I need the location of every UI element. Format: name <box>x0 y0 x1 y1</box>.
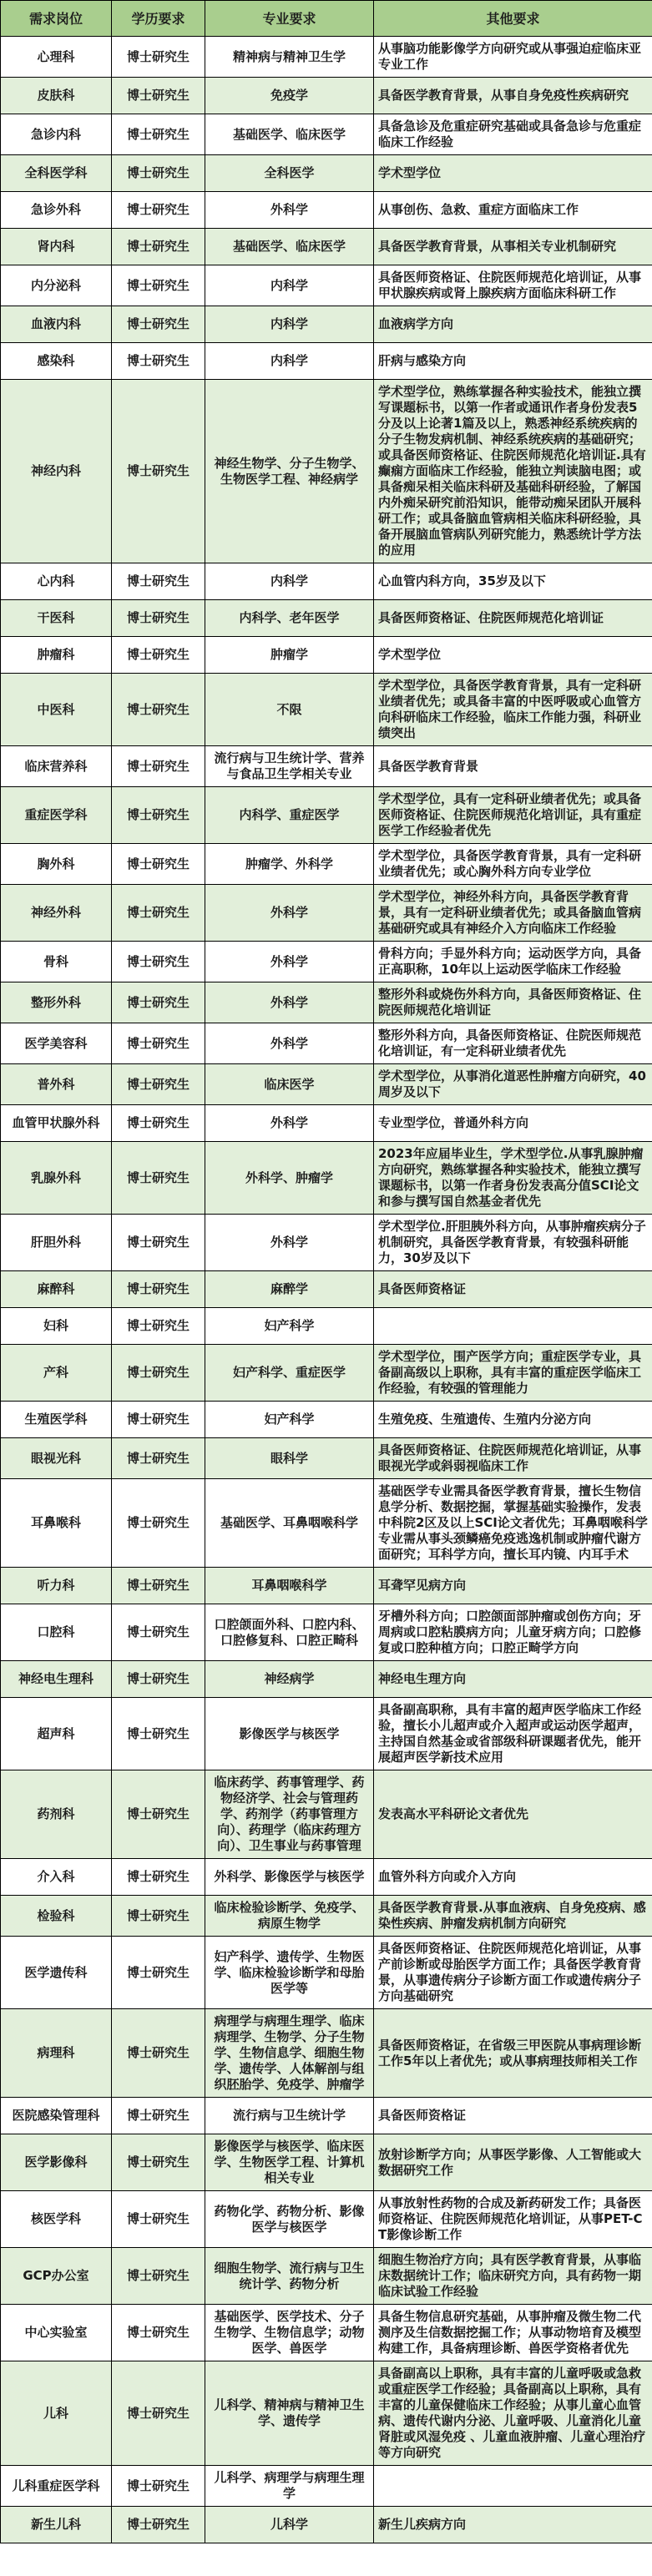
table-row: 急诊内科博士研究生基础医学、临床医学具备急诊及危重症研究基础或具备急诊与危重症临… <box>1 114 652 155</box>
cell-other: 基础医学专业需具备医学教育背景，擅长生物信息学分析、数据挖掘，掌握基础实验操作，… <box>374 1479 652 1568</box>
table-row: 介入科博士研究生外科学、影像医学与核医学血管外科方向或介入方向 <box>1 1859 652 1896</box>
cell-other: 学术型学位 <box>374 155 652 192</box>
cell-education: 博士研究生 <box>112 2305 205 2361</box>
cell-position: 妇科 <box>1 1308 112 1345</box>
table-row: 听力科博士研究生耳鼻咽喉科学耳聋罕见病方向 <box>1 1568 652 1604</box>
cell-major: 内科学、重症医学 <box>205 787 374 844</box>
cell-other: 血液病学方向 <box>374 306 652 343</box>
cell-position: 医学美容科 <box>1 1023 112 1064</box>
cell-education: 博士研究生 <box>112 37 205 78</box>
cell-major: 外科学 <box>205 1215 374 1271</box>
cell-major: 外科学 <box>205 885 374 942</box>
cell-position: 整形外科 <box>1 982 112 1023</box>
table-row: 医院感染管理科博士研究生流行病与卫生统计学具备医师资格证 <box>1 2098 652 2134</box>
table-row: 神经内科博士研究生神经生物学、分子生物学、生物医学工程、神经病学学术型学位，熟练… <box>1 380 652 563</box>
cell-education: 博士研究生 <box>112 2466 205 2507</box>
cell-major: 影像医学与核医学 <box>205 1698 374 1770</box>
cell-other: 具备医学教育背景.从事血液病、自身免疫病、感染性疾病、肿瘤发病机制方向研究 <box>374 1896 652 1937</box>
table-row: 血液内科博士研究生内科学血液病学方向 <box>1 306 652 343</box>
table-row: 新生儿科博士研究生儿科学新生儿疾病方向 <box>1 2507 652 2543</box>
cell-other: 学术型学位 <box>374 637 652 674</box>
table-row: 整形外科博士研究生外科学整形外科或烧伤外科方向，具备医师资格证、住院医师规范化培… <box>1 982 652 1023</box>
cell-position: 耳鼻喉科 <box>1 1479 112 1568</box>
table-row: 医学遗传科博士研究生妇产科学、遗传学、生物医学、临床检验诊断学和母胎医学等具备医… <box>1 1937 652 2009</box>
cell-position: 眼视光科 <box>1 1438 112 1479</box>
table-row: 感染科博士研究生内科学肝病与感染方向 <box>1 343 652 380</box>
cell-major: 神经病学 <box>205 1661 374 1698</box>
cell-position: 中医科 <box>1 674 112 746</box>
table-row: 血管甲状腺外科博士研究生外科学专业型学位，普通外科方向 <box>1 1105 652 1142</box>
cell-other: 从事创伤、急救、重症方面临床工作 <box>374 192 652 229</box>
cell-major: 流行病与卫生统计学、营养与食品卫生学相关专业 <box>205 746 374 787</box>
cell-major: 外科学、影像医学与核医学 <box>205 1859 374 1896</box>
cell-major: 妇产科学 <box>205 1402 374 1438</box>
cell-major: 细胞生物学、流行病与卫生统计学、药物分析 <box>205 2248 374 2305</box>
cell-education: 博士研究生 <box>112 600 205 637</box>
cell-major: 内科学 <box>205 563 374 600</box>
cell-other: 从事脑功能影像学方向研究或从事强迫症临床亚专业工作 <box>374 37 652 78</box>
cell-position: 生殖医学科 <box>1 1402 112 1438</box>
cell-education: 博士研究生 <box>112 1271 205 1308</box>
table-row: 急诊外科博士研究生外科学从事创伤、急救、重症方面临床工作 <box>1 192 652 229</box>
cell-other: 具备医师资格证 <box>374 2098 652 2134</box>
cell-position: 感染科 <box>1 343 112 380</box>
cell-other: 心血管内科方向，35岁及以下 <box>374 563 652 600</box>
cell-position: 骨科 <box>1 942 112 982</box>
table-row: 心内科博士研究生内科学心血管内科方向，35岁及以下 <box>1 563 652 600</box>
cell-major: 儿科学、精神病与精神卫生学、遗传学 <box>205 2361 374 2466</box>
cell-other: 学术型学位，具有一定科研业绩者优先；或具备医师资格证、住院医师规范化培训证，具有… <box>374 787 652 844</box>
cell-education: 博士研究生 <box>112 2009 205 2098</box>
cell-other <box>374 2466 652 2507</box>
cell-education: 博士研究生 <box>112 380 205 563</box>
cell-major: 神经生物学、分子生物学、生物医学工程、神经病学 <box>205 380 374 563</box>
table-row: 病理科博士研究生病理学与病理生理学、临床病理学、生物学、分子生物学、生物信息学、… <box>1 2009 652 2098</box>
cell-education: 博士研究生 <box>112 265 205 306</box>
table-row: 骨科博士研究生外科学骨科方向；手显外科方向；运动医学方向，具备正高职称，10年以… <box>1 942 652 982</box>
cell-major: 口腔颌面外科、口腔内科、口腔修复科、口腔正畸科 <box>205 1604 374 1661</box>
recruitment-table: 需求岗位学历要求专业要求其他要求 心理科博士研究生精神病与精神卫生学从事脑功能影… <box>0 0 652 2543</box>
cell-major: 流行病与卫生统计学 <box>205 2098 374 2134</box>
cell-other: 具备医学教育背景，从事自身免疫性疾病研究 <box>374 78 652 114</box>
cell-other: 具备医学教育背景，从事相关专业机制研究 <box>374 229 652 265</box>
cell-other: 具备副高以上职称，具有丰富的儿童呼吸或急救或重症医学工作经验；具备副高以上职称，… <box>374 2361 652 2466</box>
cell-education: 博士研究生 <box>112 1568 205 1604</box>
table-row: 生殖医学科博士研究生妇产科学生殖免疫、生殖遗传、生殖内分泌方向 <box>1 1402 652 1438</box>
cell-other <box>374 1308 652 1345</box>
cell-other: 具备医学教育背景 <box>374 746 652 787</box>
cell-other: 专业型学位，普通外科方向 <box>374 1105 652 1142</box>
cell-position: 麻醉科 <box>1 1271 112 1308</box>
table-row: 胸外科博士研究生肿瘤学、外科学学术型学位，具备医学教育背景，具有一定科研业绩者优… <box>1 844 652 885</box>
cell-position: GCP办公室 <box>1 2248 112 2305</box>
cell-education: 博士研究生 <box>112 343 205 380</box>
cell-major: 外科学 <box>205 192 374 229</box>
cell-education: 博士研究生 <box>112 1142 205 1215</box>
cell-position: 检验科 <box>1 1896 112 1937</box>
cell-education: 博士研究生 <box>112 155 205 192</box>
cell-education: 博士研究生 <box>112 2507 205 2543</box>
cell-position: 急诊外科 <box>1 192 112 229</box>
table-row: 耳鼻喉科博士研究生基础医学、耳鼻咽喉科学基础医学专业需具备医学教育背景，擅长生物… <box>1 1479 652 1568</box>
table-row: 全科医学科博士研究生全科医学学术型学位 <box>1 155 652 192</box>
cell-other: 整形外科方向，具备医师资格证、住院医师规范化培训证，有一定科研业绩者优先 <box>374 1023 652 1064</box>
cell-education: 博士研究生 <box>112 2098 205 2134</box>
cell-position: 神经电生理科 <box>1 1661 112 1698</box>
cell-major: 妇产科学、重症医学 <box>205 1345 374 1402</box>
cell-other: 血管外科方向或介入方向 <box>374 1859 652 1896</box>
cell-major: 临床药学、药事管理学、药物经济学、社会与管理药学、药剂学（药事管理方向）、药理学… <box>205 1770 374 1859</box>
table-row: 神经外科博士研究生外科学学术型学位，神经外科方向，具备医学教育背景，具有一定科研… <box>1 885 652 942</box>
table-row: 内分泌科博士研究生内科学具备医师资格证、住院医师规范化培训证，从事甲状腺疾病或肾… <box>1 265 652 306</box>
cell-education: 博士研究生 <box>112 942 205 982</box>
cell-other: 耳聋罕见病方向 <box>374 1568 652 1604</box>
cell-education: 博士研究生 <box>112 637 205 674</box>
cell-position: 医学影像科 <box>1 2134 112 2191</box>
cell-position: 胸外科 <box>1 844 112 885</box>
cell-education: 博士研究生 <box>112 1438 205 1479</box>
table-row: 重症医学科博士研究生内科学、重症医学学术型学位，具有一定科研业绩者优先；或具备医… <box>1 787 652 844</box>
column-header-other: 其他要求 <box>374 1 652 37</box>
cell-other: 学术型学位，神经外科方向，具备医学教育背景，具有一定科研业绩者优先；或具备脑血管… <box>374 885 652 942</box>
cell-major: 临床检验诊断学、免疫学、病原生物学 <box>205 1896 374 1937</box>
cell-position: 普外科 <box>1 1064 112 1105</box>
cell-education: 博士研究生 <box>112 674 205 746</box>
table-row: 皮肤科博士研究生免疫学具备医学教育背景，从事自身免疫性疾病研究 <box>1 78 652 114</box>
table-row: 医学影像科博士研究生影像医学与核医学、临床医学、生物医学工程、计算机相关专业放射… <box>1 2134 652 2191</box>
cell-education: 博士研究生 <box>112 1479 205 1568</box>
cell-education: 博士研究生 <box>112 844 205 885</box>
cell-education: 博士研究生 <box>112 229 205 265</box>
cell-major: 肿瘤学、外科学 <box>205 844 374 885</box>
table-row: 干医科博士研究生内科学、老年医学具备医师资格证、住院医师规范化培训证 <box>1 600 652 637</box>
cell-other: 具备医师资格证，在省级三甲医院从事病理诊断工作5年以上者优先；或从事病理技师相关… <box>374 2009 652 2098</box>
cell-other: 牙槽外科方向；口腔颌面部肿瘤或创伤方向；牙周病或口腔粘膜病方向；儿童牙病方向；口… <box>374 1604 652 1661</box>
cell-education: 博士研究生 <box>112 1023 205 1064</box>
cell-other: 学术型学位，从事消化道恶性肿瘤方向研究，40周岁及以下 <box>374 1064 652 1105</box>
cell-major: 耳鼻咽喉科学 <box>205 1568 374 1604</box>
cell-major: 儿科学、病理学与病理生理学 <box>205 2466 374 2507</box>
table-row: 临床营养科博士研究生流行病与卫生统计学、营养与食品卫生学相关专业具备医学教育背景 <box>1 746 652 787</box>
cell-education: 博士研究生 <box>112 1345 205 1402</box>
cell-other: 学术型学位.肝胆胰外科方向，从事肿瘤疾病分子机制研究，具备医学教育背景，有较强科… <box>374 1215 652 1271</box>
cell-education: 博士研究生 <box>112 1604 205 1661</box>
cell-major: 基础医学、临床医学 <box>205 114 374 155</box>
table-row: 心理科博士研究生精神病与精神卫生学从事脑功能影像学方向研究或从事强迫症临床亚专业… <box>1 37 652 78</box>
cell-education: 博士研究生 <box>112 2248 205 2305</box>
cell-education: 博士研究生 <box>112 192 205 229</box>
cell-position: 临床营养科 <box>1 746 112 787</box>
table-row: 口腔科博士研究生口腔颌面外科、口腔内科、口腔修复科、口腔正畸科牙槽外科方向；口腔… <box>1 1604 652 1661</box>
cell-position: 内分泌科 <box>1 265 112 306</box>
cell-position: 神经内科 <box>1 380 112 563</box>
cell-position: 急诊内科 <box>1 114 112 155</box>
cell-position: 核医学科 <box>1 2191 112 2248</box>
cell-position: 全科医学科 <box>1 155 112 192</box>
cell-other: 细胞生物治疗方向；具有医学教育背景，从事临床数据统计工作；临床研究方向，具有药物… <box>374 2248 652 2305</box>
table-row: 医学美容科博士研究生外科学整形外科方向，具备医师资格证、住院医师规范化培训证，有… <box>1 1023 652 1064</box>
cell-major: 外科学、肿瘤学 <box>205 1142 374 1215</box>
cell-education: 博士研究生 <box>112 1308 205 1345</box>
cell-other: 具备急诊及危重症研究基础或具备急诊与危重症临床工作经验 <box>374 114 652 155</box>
table-row: 妇科博士研究生妇产科学 <box>1 1308 652 1345</box>
cell-education: 博士研究生 <box>112 1698 205 1770</box>
cell-other: 具备医师资格证、住院医师规范化培训证，从事产前诊断或母胎医学方面工作；具备医学教… <box>374 1937 652 2009</box>
cell-position: 肝胆外科 <box>1 1215 112 1271</box>
cell-education: 博士研究生 <box>112 1661 205 1698</box>
cell-position: 心理科 <box>1 37 112 78</box>
cell-position: 儿科重症医学科 <box>1 2466 112 2507</box>
table-row: 核医学科博士研究生药物化学、药物分析、影像医学与核医学从事放射性药物的合成及新药… <box>1 2191 652 2248</box>
cell-education: 博士研究生 <box>112 563 205 600</box>
cell-major: 免疫学 <box>205 78 374 114</box>
cell-major: 眼科学 <box>205 1438 374 1479</box>
cell-education: 博士研究生 <box>112 885 205 942</box>
cell-position: 新生儿科 <box>1 2507 112 2543</box>
cell-major: 基础医学、临床医学 <box>205 229 374 265</box>
cell-major: 影像医学与核医学、临床医学、生物医学工程、计算机相关专业 <box>205 2134 374 2191</box>
cell-position: 中心实验室 <box>1 2305 112 2361</box>
table-row: 肿瘤科博士研究生肿瘤学学术型学位 <box>1 637 652 674</box>
cell-education: 博士研究生 <box>112 2361 205 2466</box>
table-body: 心理科博士研究生精神病与精神卫生学从事脑功能影像学方向研究或从事强迫症临床亚专业… <box>1 37 652 2543</box>
cell-education: 博士研究生 <box>112 1770 205 1859</box>
table-row: 肝胆外科博士研究生外科学学术型学位.肝胆胰外科方向，从事肿瘤疾病分子机制研究，具… <box>1 1215 652 1271</box>
cell-position: 介入科 <box>1 1859 112 1896</box>
cell-other: 神经电生理方向 <box>374 1661 652 1698</box>
cell-other: 学术型学位，具备医学教育背景，具有一定科研业绩者优先；或心胸外科方向专业学位 <box>374 844 652 885</box>
cell-education: 博士研究生 <box>112 2191 205 2248</box>
cell-position: 产科 <box>1 1345 112 1402</box>
cell-other: 2023年应届毕业生，学术型学位.从事乳腺肿瘤方向研究，熟练掌握各种实验技术，能… <box>374 1142 652 1215</box>
cell-other: 肝病与感染方向 <box>374 343 652 380</box>
cell-major: 内科学 <box>205 343 374 380</box>
cell-position: 心内科 <box>1 563 112 600</box>
cell-major: 内科学 <box>205 306 374 343</box>
cell-other: 放射诊断学方向；从事医学影像、人工智能或大数据研究工作 <box>374 2134 652 2191</box>
cell-position: 乳腺外科 <box>1 1142 112 1215</box>
cell-education: 博士研究生 <box>112 1937 205 2009</box>
cell-position: 血液内科 <box>1 306 112 343</box>
cell-education: 博士研究生 <box>112 1859 205 1896</box>
table-row: 中心实验室博士研究生基础医学、医学技术、分子生物学、生物信息学；动物医学、兽医学… <box>1 2305 652 2361</box>
table-row: 中医科博士研究生不限学术型学位，具备医学教育背景，具有一定科研业绩者优先；或具备… <box>1 674 652 746</box>
cell-education: 博士研究生 <box>112 1064 205 1105</box>
table-row: 乳腺外科博士研究生外科学、肿瘤学2023年应届毕业生，学术型学位.从事乳腺肿瘤方… <box>1 1142 652 1215</box>
cell-other: 发表高水平科研论文者优先 <box>374 1770 652 1859</box>
table-row: 儿科重症医学科博士研究生儿科学、病理学与病理生理学 <box>1 2466 652 2507</box>
cell-major: 全科医学 <box>205 155 374 192</box>
column-header-major: 专业要求 <box>205 1 374 37</box>
cell-position: 医院感染管理科 <box>1 2098 112 2134</box>
cell-position: 儿科 <box>1 2361 112 2466</box>
table-row: 药剂科博士研究生临床药学、药事管理学、药物经济学、社会与管理药学、药剂学（药事管… <box>1 1770 652 1859</box>
cell-major: 肿瘤学 <box>205 637 374 674</box>
cell-major: 精神病与精神卫生学 <box>205 37 374 78</box>
cell-other: 从事放射性药物的合成及新药研发工作；具备医师资格证、住院医师规范化培训证，从事P… <box>374 2191 652 2248</box>
cell-major: 外科学 <box>205 1105 374 1142</box>
cell-major: 麻醉学 <box>205 1271 374 1308</box>
cell-education: 博士研究生 <box>112 1105 205 1142</box>
cell-education: 博士研究生 <box>112 1215 205 1271</box>
cell-position: 超声科 <box>1 1698 112 1770</box>
cell-other: 学术型学位，熟练掌握各种实验技术，能独立撰写课题标书，以第一作者或通讯作者身份发… <box>374 380 652 563</box>
cell-major: 外科学 <box>205 982 374 1023</box>
cell-position: 听力科 <box>1 1568 112 1604</box>
cell-major: 外科学 <box>205 1023 374 1064</box>
header-row: 需求岗位学历要求专业要求其他要求 <box>1 1 652 37</box>
cell-position: 肾内科 <box>1 229 112 265</box>
cell-other: 整形外科或烧伤外科方向，具备医师资格证、住院医师规范化培训证 <box>374 982 652 1023</box>
cell-major: 外科学 <box>205 942 374 982</box>
cell-education: 博士研究生 <box>112 306 205 343</box>
cell-other: 学术型学位，围产医学方向；重症医学专业，具备副高级以上职称，具有丰富的重症医学临… <box>374 1345 652 1402</box>
cell-education: 博士研究生 <box>112 787 205 844</box>
cell-position: 医学遗传科 <box>1 1937 112 2009</box>
table-row: 超声科博士研究生影像医学与核医学具备副高职称，具有丰富的超声医学临床工作经验，擅… <box>1 1698 652 1770</box>
cell-major: 药物化学、药物分析、影像医学与核医学 <box>205 2191 374 2248</box>
cell-other: 学术型学位，具备医学教育背景，具有一定科研业绩者优先；或具备丰富的中医呼吸或心血… <box>374 674 652 746</box>
cell-position: 肿瘤科 <box>1 637 112 674</box>
column-header-education: 学历要求 <box>112 1 205 37</box>
cell-education: 博士研究生 <box>112 114 205 155</box>
cell-position: 干医科 <box>1 600 112 637</box>
cell-education: 博士研究生 <box>112 982 205 1023</box>
cell-major: 妇产科学、遗传学、生物医学、临床检验诊断学和母胎医学等 <box>205 1937 374 2009</box>
cell-education: 博士研究生 <box>112 1896 205 1937</box>
cell-other: 具备医师资格证 <box>374 1271 652 1308</box>
cell-major: 妇产科学 <box>205 1308 374 1345</box>
table-row: 产科博士研究生妇产科学、重症医学学术型学位，围产医学方向；重症医学专业，具备副高… <box>1 1345 652 1402</box>
cell-major: 基础医学、耳鼻咽喉科学 <box>205 1479 374 1568</box>
cell-position: 重症医学科 <box>1 787 112 844</box>
cell-other: 具备医师资格证、住院医师规范化培训证，从事眼视光学或斜弱视临床工作 <box>374 1438 652 1479</box>
cell-position: 皮肤科 <box>1 78 112 114</box>
cell-other: 新生儿疾病方向 <box>374 2507 652 2543</box>
cell-education: 博士研究生 <box>112 78 205 114</box>
cell-major: 内科学、老年医学 <box>205 600 374 637</box>
cell-other: 具备生物信息研究基础，从事肿瘤及微生物二代测序及生信数据挖掘工作；从事动物培育及… <box>374 2305 652 2361</box>
table-row: 儿科博士研究生儿科学、精神病与精神卫生学、遗传学具备副高以上职称，具有丰富的儿童… <box>1 2361 652 2466</box>
cell-other: 具备医师资格证、住院医师规范化培训证，从事甲状腺疾病或肾上腺疾病方面临床科研工作 <box>374 265 652 306</box>
cell-education: 博士研究生 <box>112 1402 205 1438</box>
table-row: 普外科博士研究生临床医学学术型学位，从事消化道恶性肿瘤方向研究，40周岁及以下 <box>1 1064 652 1105</box>
cell-other: 具备副高职称，具有丰富的超声医学临床工作经验，擅长小儿超声或介入超声或运动医学超… <box>374 1698 652 1770</box>
cell-other: 具备医师资格证、住院医师规范化培训证 <box>374 600 652 637</box>
cell-major: 基础医学、医学技术、分子生物学、生物信息学；动物医学、兽医学 <box>205 2305 374 2361</box>
table-row: 眼视光科博士研究生眼科学具备医师资格证、住院医师规范化培训证，从事眼视光学或斜弱… <box>1 1438 652 1479</box>
table-row: 检验科博士研究生临床检验诊断学、免疫学、病原生物学具备医学教育背景.从事血液病、… <box>1 1896 652 1937</box>
cell-position: 神经外科 <box>1 885 112 942</box>
cell-education: 博士研究生 <box>112 2134 205 2191</box>
table-row: 麻醉科博士研究生麻醉学具备医师资格证 <box>1 1271 652 1308</box>
cell-position: 血管甲状腺外科 <box>1 1105 112 1142</box>
cell-other: 骨科方向；手显外科方向；运动医学方向，具备正高职称，10年以上运动医学临床工作经… <box>374 942 652 982</box>
table-row: 神经电生理科博士研究生神经病学神经电生理方向 <box>1 1661 652 1698</box>
cell-major: 不限 <box>205 674 374 746</box>
cell-position: 口腔科 <box>1 1604 112 1661</box>
table-row: 肾内科博士研究生基础医学、临床医学具备医学教育背景，从事相关专业机制研究 <box>1 229 652 265</box>
cell-position: 药剂科 <box>1 1770 112 1859</box>
cell-major: 临床医学 <box>205 1064 374 1105</box>
cell-education: 博士研究生 <box>112 746 205 787</box>
table-row: GCP办公室博士研究生细胞生物学、流行病与卫生统计学、药物分析细胞生物治疗方向；… <box>1 2248 652 2305</box>
cell-major: 内科学 <box>205 265 374 306</box>
cell-major: 病理学与病理生理学、临床病理学、生物学、分子生物学、生物信息学、细胞生物学、遗传… <box>205 2009 374 2098</box>
cell-major: 儿科学 <box>205 2507 374 2543</box>
cell-position: 病理科 <box>1 2009 112 2098</box>
column-header-position: 需求岗位 <box>1 1 112 37</box>
cell-other: 生殖免疫、生殖遗传、生殖内分泌方向 <box>374 1402 652 1438</box>
